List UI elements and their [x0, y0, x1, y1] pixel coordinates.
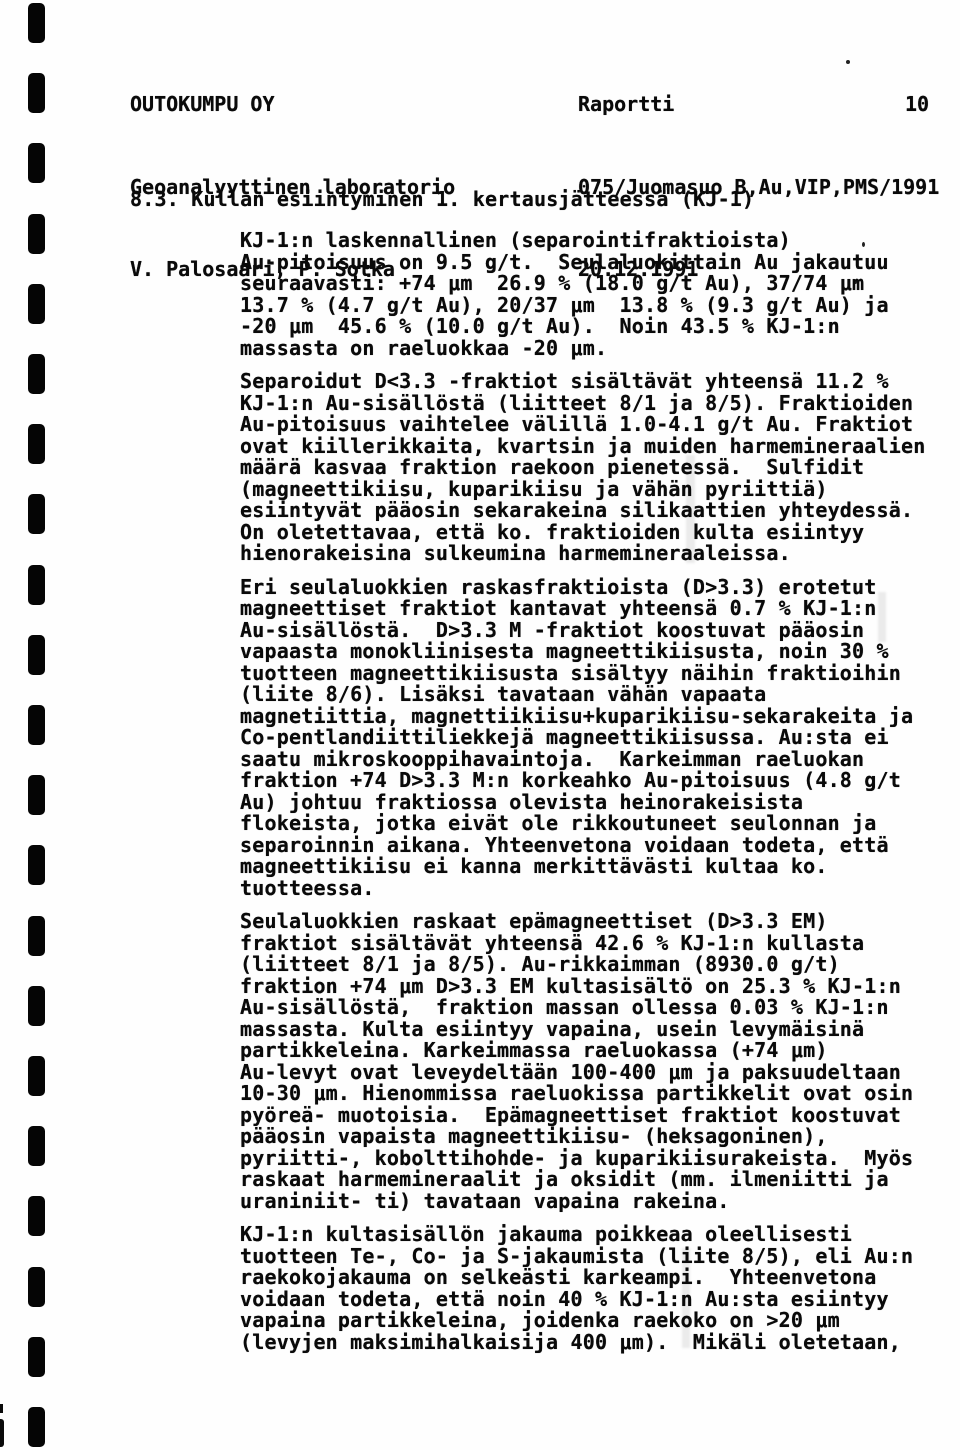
- paragraph: KJ-1:n kultasisällön jakauma poikkeaa ol…: [240, 1224, 942, 1353]
- binding-bar: [28, 565, 45, 605]
- department-name: Geoanalyyttinen laboratorio: [130, 174, 455, 202]
- binding-bar: [28, 1126, 45, 1166]
- binding-bar: [28, 1056, 45, 1096]
- page-number: 10: [905, 91, 929, 119]
- header-right-block: Raportti 075/Juomasuo B,Au,VIP,PMS/1991 …: [578, 36, 939, 339]
- binding-bar: [28, 284, 45, 324]
- document-type: Raportti: [578, 91, 939, 119]
- binding-bar: [28, 73, 45, 113]
- binding-bar: [28, 214, 45, 254]
- report-header: OUTOKUMPU OY Geoanalyyttinen laboratorio…: [130, 36, 942, 119]
- scan-edge-artifact: [0, 1419, 4, 1447]
- binding-hole-marks: [28, 0, 45, 1450]
- binding-bar: [28, 143, 45, 183]
- binding-bar: [28, 635, 45, 675]
- binding-bar: [28, 775, 45, 815]
- binding-bar: [28, 354, 45, 394]
- header-left-block: OUTOKUMPU OY Geoanalyyttinen laboratorio…: [130, 36, 455, 339]
- binding-bar: [28, 1407, 45, 1447]
- binding-bar: [28, 3, 45, 43]
- scanned-report-page: OUTOKUMPU OY Geoanalyyttinen laboratorio…: [0, 0, 960, 1450]
- author-names: V. Palosaari, P. Sotka: [130, 256, 455, 284]
- binding-bar: [28, 1196, 45, 1236]
- binding-bar: [28, 1267, 45, 1307]
- binding-bar: [28, 986, 45, 1026]
- binding-bar: [28, 845, 45, 885]
- paragraph: Eri seulaluokkien raskasfraktioista (D>3…: [240, 577, 942, 900]
- report-date: 20.12.1991: [578, 256, 939, 284]
- document-content: OUTOKUMPU OY Geoanalyyttinen laboratorio…: [130, 36, 942, 1365]
- binding-bar: [28, 1337, 45, 1377]
- binding-bar: [28, 916, 45, 956]
- binding-bar: [28, 705, 45, 745]
- report-reference: 075/Juomasuo B,Au,VIP,PMS/1991: [578, 174, 939, 202]
- scan-edge-artifact: [0, 1404, 3, 1413]
- section-body: KJ-1:n laskennallinen (separointifraktio…: [130, 230, 942, 1353]
- organization-name: OUTOKUMPU OY: [130, 91, 455, 119]
- paragraph: Seulaluokkien raskaat epämagneettiset (D…: [240, 911, 942, 1212]
- binding-bar: [28, 494, 45, 534]
- paragraph: Separoidut D<3.3 -fraktiot sisältävät yh…: [240, 371, 942, 565]
- binding-bar: [28, 424, 45, 464]
